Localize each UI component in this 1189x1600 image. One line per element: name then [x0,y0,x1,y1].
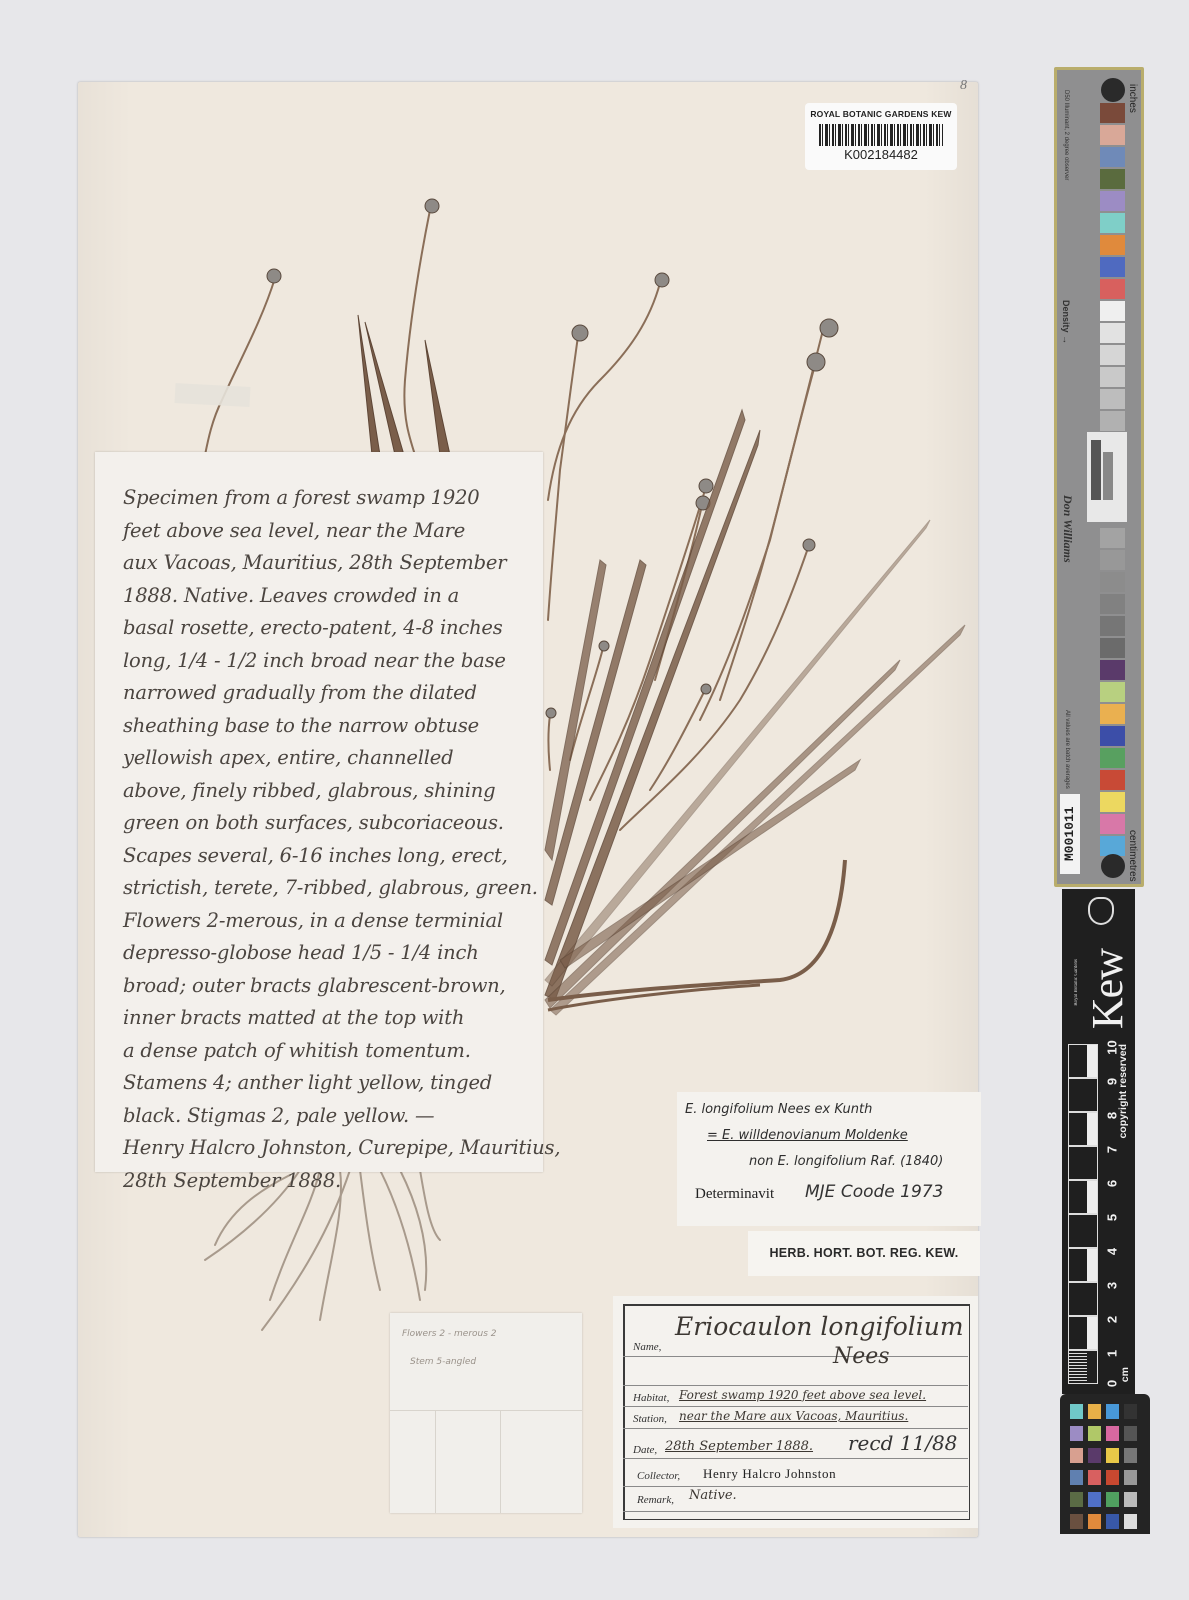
colour-patch [1100,169,1125,189]
scale-number: 5 [1105,1208,1120,1228]
kew-subtitle: Royal Botanic Gardens [1074,959,1079,1006]
note-line: narrowed gradually from the dilated [123,677,525,710]
packet-note-1: Flowers 2 - merous 2 [402,1329,497,1339]
collection-label: Name, Eriocaulon longifolium Nees Habita… [613,1296,978,1528]
cm-label: cm [1119,1367,1131,1382]
collector-value: Henry Halcro Johnston [703,1466,836,1482]
note-line: yellowish apex, entire, channelled [123,742,525,775]
colour-patch [1100,301,1125,321]
received-note: recd 11/88 [848,1431,957,1455]
scale-number: 7 [1105,1140,1120,1160]
scale-number: 3 [1105,1276,1120,1296]
colour-patch [1100,638,1125,658]
kew-logo: Kew [1082,949,1133,1029]
colour-swatch [1106,1426,1119,1441]
name-value-authority: Nees [833,1344,890,1369]
name-value: Eriocaulon longifolium [675,1312,964,1341]
colour-patch [1100,147,1125,167]
habitat-value: Forest swamp 1920 feet above sea level. [679,1388,926,1402]
colour-patch [1100,345,1125,365]
determination-line-2: = E. willdenovianum Moldenke [707,1128,908,1143]
colour-swatch [1088,1404,1101,1419]
note-line: strictish, terete, 7-ribbed, glabrous, g… [123,872,525,905]
colour-swatch [1124,1404,1137,1419]
label-rule [623,1385,968,1386]
scale-number: 6 [1105,1174,1120,1194]
colour-patch [1100,704,1125,724]
colour-swatch [1070,1448,1083,1463]
colour-swatch [1088,1426,1101,1441]
label-rule [623,1356,968,1357]
note-line: green on both surfaces, subcoriaceous. [123,807,525,840]
note-line: inner bracts matted at the top with [123,1002,525,1035]
colour-swatch [1088,1448,1101,1463]
punch-hole [1101,78,1125,102]
remark-value: Native. [689,1488,737,1503]
determination-label: E. longifolium Nees ex Kunth = E. willde… [677,1092,981,1226]
collector-label: Collector, [637,1470,680,1482]
packet-note-2: Stem 5-angled [410,1357,476,1367]
colour-swatch [1106,1470,1119,1485]
handwritten-field-note: Specimen from a forest swamp 1920 feet a… [95,452,543,1172]
barcode-label: ROYAL BOTANIC GARDENS KEW K002184482 [805,103,957,170]
name-label: Name, [633,1341,661,1353]
colour-swatch [1124,1470,1137,1485]
note-line: Stamens 4; anther light yellow, tinged [123,1067,525,1100]
colour-patches-top [1100,103,1125,433]
colour-swatch [1124,1448,1137,1463]
herbarium-label: HERB. HORT. BOT. REG. KEW. [748,1231,980,1276]
brand-label: Don Williams [1060,495,1075,563]
chart-id: M001011 [1060,794,1080,874]
colour-swatch [1124,1514,1137,1529]
density-label: Density → [1061,300,1071,344]
institution-name: ROYAL BOTANIC GARDENS KEW [805,109,957,119]
barcode [819,124,943,146]
note-line: feet above sea level, near the Mare [123,515,525,548]
colour-patch [1100,125,1125,145]
colour-patch [1100,323,1125,343]
colour-patch [1100,411,1125,431]
colour-patch [1100,257,1125,277]
colour-patch [1100,103,1125,123]
colour-swatch [1088,1514,1101,1529]
colour-swatch [1106,1492,1119,1507]
note-line: above, finely ribbed, glabrous, shining [123,775,525,808]
packet-fold [500,1410,501,1513]
colour-patch [1100,814,1125,834]
colour-patch [1100,279,1125,299]
determination-line-1: E. longifolium Nees ex Kunth [685,1102,872,1117]
colour-patch [1100,682,1125,702]
illuminant-note: D50 Illuminant, 2 degree observer [1063,90,1069,180]
determiner-signature: MJE Coode 1973 [805,1182,943,1202]
centimetres-label: centimetres [1127,830,1138,882]
note-line: Henry Halcro Johnston, Curepipe, Mauriti… [123,1132,525,1165]
note-line: Flowers 2-merous, in a dense terminial [123,905,525,938]
date-label: Date, [633,1444,657,1456]
colour-patch [1100,616,1125,636]
colour-patch [1100,770,1125,790]
colour-patch [1100,836,1125,856]
colour-swatch [1088,1470,1101,1485]
label-rule [623,1458,968,1459]
label-rule [623,1486,968,1487]
colour-swatch [1070,1470,1083,1485]
note-line: broad; outer bracts glabrescent-brown, [123,970,525,1003]
note-line: Specimen from a forest swamp 1920 [123,482,525,515]
note-line: black. Stigmas 2, pale yellow. — [123,1100,525,1133]
colour-patch [1100,367,1125,387]
colour-patch [1100,389,1125,409]
swatch-grid [1070,1404,1137,1529]
station-label: Station, [633,1413,667,1425]
note-line: aux Vacoas, Mauritius, 28th September [123,547,525,580]
determination-line-3: non E. longifolium Raf. (1840) [749,1154,943,1169]
colour-patch [1100,726,1125,746]
note-line: long, 1/4 - 1/2 inch broad near the base [123,645,525,678]
colour-patch [1100,594,1125,614]
colour-swatch [1070,1404,1083,1419]
label-rule [623,1428,968,1429]
colour-swatch [1088,1492,1101,1507]
barcode-number: K002184482 [805,147,957,162]
note-line: depresso-globose head 1/5 - 1/4 inch [123,937,525,970]
packet-fold [435,1410,436,1513]
kew-crest-icon [1088,897,1114,925]
colour-swatch [1124,1492,1137,1507]
copyright-label: copyright reserved [1117,1044,1129,1139]
note-line: basal rosette, erecto-patent, 4-8 inches [123,612,525,645]
colour-swatch [1070,1426,1083,1441]
colour-calibration-bar: inches centimetres Density → Don William… [1054,67,1144,887]
fragment-packet: Flowers 2 - merous 2 Stem 5-angled [390,1313,582,1513]
colour-patch [1100,235,1125,255]
note-line: 1888. Native. Leaves crowded in a [123,580,525,613]
colour-swatch [1106,1404,1119,1419]
colour-patch [1100,748,1125,768]
note-line: 28th September 1888. [123,1165,525,1198]
scale-number: 1 [1105,1344,1120,1364]
colour-swatch [1106,1448,1119,1463]
habitat-label: Habitat, [633,1392,669,1404]
density-wedge [1087,432,1127,522]
remark-label: Remark, [637,1494,674,1506]
note-line: Scapes several, 6-16 inches long, erect, [123,840,525,873]
determinavit-label: Determinavit [695,1186,774,1203]
colour-swatch [1106,1514,1119,1529]
colour-patches-bottom [1100,528,1125,858]
colour-patch [1100,528,1125,548]
scale-number: 4 [1105,1242,1120,1262]
colour-swatch [1070,1492,1083,1507]
note-line: a dense patch of whitish tomentum. [123,1035,525,1068]
colour-swatch [1070,1514,1083,1529]
inches-label: inches [1127,84,1138,113]
colour-patch [1100,792,1125,812]
punch-hole [1101,854,1125,878]
scale-number: 2 [1105,1310,1120,1330]
colour-patch [1100,191,1125,211]
colour-swatch [1124,1426,1137,1441]
colour-checker-card [1060,1394,1150,1534]
colour-patch [1100,550,1125,570]
scale-number: 0 [1105,1374,1120,1394]
colour-patch [1100,213,1125,233]
note-line: sheathing base to the narrow obtuse [123,710,525,743]
label-rule [623,1511,968,1512]
cm-ruler [1068,1044,1098,1384]
label-rule [623,1406,968,1407]
date-value: 28th September 1888. [665,1439,813,1454]
values-note: All values are batch averages [1064,710,1070,789]
colour-patch [1100,572,1125,592]
kew-scale-bar: Royal Botanic Gardens Kew 10 9 8 7 6 5 4… [1062,889,1135,1394]
station-value: near the Mare aux Vacoas, Mauritius. [679,1409,908,1423]
colour-patch [1100,660,1125,680]
